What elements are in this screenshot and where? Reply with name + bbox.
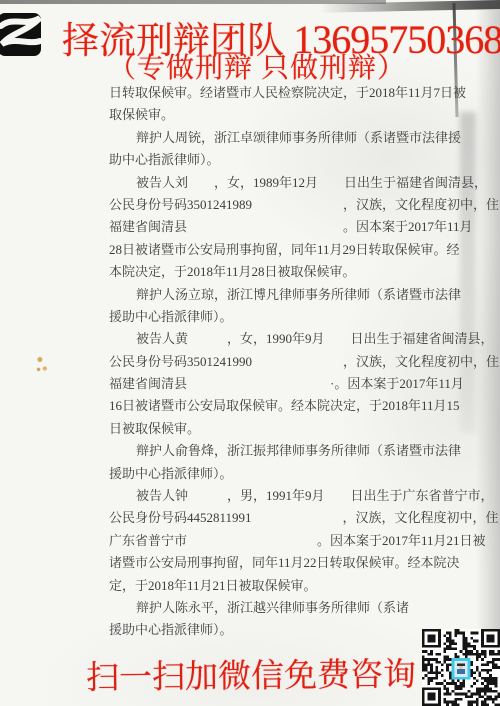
document-line: 取保候审。 xyxy=(109,104,469,126)
paper-speck xyxy=(35,355,49,373)
brand-logo-icon xyxy=(0,11,44,59)
document-text-block: 日转取保候审。经诸暨市人民检察院决定，于2018年11月7日被 取保候审。 辩护… xyxy=(109,82,469,642)
document-line: 28日被诸暨市公安局刑事拘留，同年11月29日转取保候审。经 xyxy=(109,239,469,261)
document-line: 被告人刘 ，女，1989年12月 日出生于福建省闽清县， xyxy=(109,172,469,194)
wechat-qr-code xyxy=(422,629,500,706)
qr-code-icon xyxy=(422,629,500,706)
document-line: 公民身份号码3501241990 ，汉族，文化程度初中，住 xyxy=(109,351,469,373)
document-line: 被告人钟 ，男，1991年9月 日出生于广东省普宁市， xyxy=(109,485,469,507)
document-line: 福建省闽清县 ·。因本案于2017年11月 xyxy=(109,373,469,395)
document-line: 援助中心指派律师）。 xyxy=(109,306,469,328)
scanned-document-page: 择流刑辩团队 13695750368 （专做刑辩 只做刑辩） 日转取保候审。经诸… xyxy=(0,0,500,706)
document-line: 援助中心指派律师）。 xyxy=(109,463,469,485)
document-line: 辩护人汤立琼，浙江博凡律师事务所律师（系诸暨市法律 xyxy=(109,284,469,306)
wechat-cta: 扫一扫加微信免费咨询 xyxy=(86,648,416,698)
document-line: 日被取保候审。 xyxy=(109,418,469,440)
document-line: 定，于2018年11月21日被取保候审。 xyxy=(109,575,469,597)
scan-edge-shadow xyxy=(476,0,500,706)
ad-subtitle: （专做刑辩 只做刑辩） xyxy=(108,46,406,86)
document-line: 福建省闽清县 。因本案于2017年11月 xyxy=(109,216,469,238)
document-line: 本院决定，于2018年11月28日被取保候审。 xyxy=(109,261,469,283)
document-line: 诸暨市公安局刑事拘留，同年11月22日转取保候审。经本院决 xyxy=(109,552,469,574)
document-line: 16日被诸暨市公安局取保候审。经本院决定，于2018年11月15 xyxy=(109,395,469,417)
document-line: 日转取保候审。经诸暨市人民检察院决定，于2018年11月7日被 xyxy=(109,82,469,104)
document-line: 公民身份号码4452811991 ，汉族，文化程度初中，住 xyxy=(109,507,469,529)
document-line: 辩护人陈永平，浙江越兴律师事务所律师（系诸 xyxy=(109,597,469,619)
document-line: 援助中心指派律师）。 xyxy=(109,619,469,641)
document-line: 广东省普宁市 。因本案于2017年11月21日被 xyxy=(109,530,469,552)
document-line: 辩护人周铳，浙江卓颂律师事务所律师（系诸暨市法律援 xyxy=(109,127,469,149)
document-line: 助中心指派律师）。 xyxy=(109,149,469,171)
document-line: 公民身份号码3501241989 ，汉族，文化程度初中，住 xyxy=(109,194,469,216)
document-line: 辩护人俞鲁烽，浙江振邦律师事务所律师（系诸暨市法律 xyxy=(109,440,469,462)
document-line: 被告人黄 ，女，1990年9月 日出生于福建省闽清县， xyxy=(109,328,469,350)
